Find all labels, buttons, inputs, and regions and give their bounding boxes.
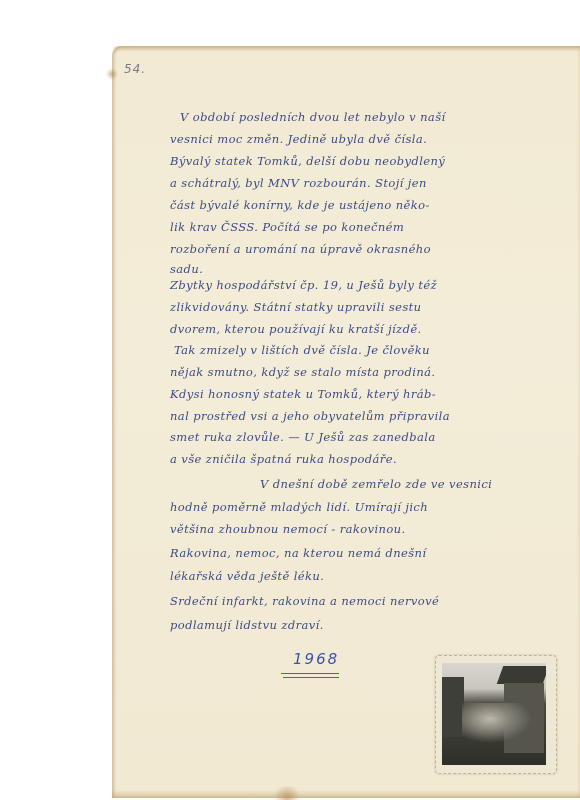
text-line: Rakovina, nemoc, na kterou nemá dnešní	[170, 546, 426, 560]
text-line: Zbytky hospodářství čp. 19, u Ješů byly …	[170, 278, 437, 292]
text-line: vesnici moc změn. Jedině ubyla dvě čísla…	[170, 132, 427, 146]
text-line: většina zhoubnou nemocí - rakovinou.	[170, 522, 406, 536]
text-line: sadu.	[170, 262, 203, 276]
year-underline	[281, 673, 339, 674]
text-line: zlikvidovány. Státní statky upravili ses…	[170, 300, 421, 314]
paper-stain	[272, 786, 302, 800]
text-line: hodně poměrně mladých lidí. Umírají jich	[170, 500, 428, 514]
photo-roof	[497, 666, 546, 684]
page-number: 54.	[124, 62, 146, 76]
text-line: V období posledních dvou let nebylo v na…	[180, 110, 446, 124]
text-line: a schátralý, byl MNV rozbourán. Stojí je…	[170, 176, 427, 190]
photograph	[442, 663, 546, 765]
text-line: a vše zničila špatná ruka hospodáře.	[170, 452, 397, 466]
text-line: Bývalý statek Tomků, delší dobu neobydle…	[170, 154, 445, 168]
photo-frame	[435, 655, 557, 774]
text-line: nal prostřed vsi a jeho obyvatelům připr…	[170, 409, 450, 423]
text-line: dvorem, kterou používají ku kratší jízdě…	[170, 322, 422, 336]
text-line: lékařská věda ještě léku.	[170, 569, 324, 583]
text-line: rozboření a uromání na úpravě okrasného	[170, 242, 431, 256]
text-line: část bývalé konírny, kde je ustájeno něk…	[170, 198, 430, 212]
photo-figures	[462, 703, 532, 743]
text-line: Tak zmizely v lištích dvě čísla. Je člov…	[174, 343, 430, 357]
text-line: Kdysi honosný statek u Tomků, který hráb…	[170, 387, 436, 401]
text-line: nějak smutno, když se stalo místa prodin…	[170, 365, 435, 379]
text-line: Srdeční infarkt, rakovina a nemoci nervo…	[170, 594, 439, 608]
text-line: podlamují lidstvu zdraví.	[170, 618, 324, 632]
year-underline	[283, 677, 339, 678]
paper-stain	[106, 68, 118, 80]
year-heading: 1968	[293, 650, 339, 668]
text-line: smet ruka zlovůle. — U Ješů zas zanedbal…	[170, 430, 436, 444]
text-line: V dnešní době zemřelo zde ve vesnici	[260, 477, 492, 491]
photo-wall	[442, 677, 464, 737]
text-line: lik krav ČSSS. Počítá se po konečném	[170, 220, 404, 234]
